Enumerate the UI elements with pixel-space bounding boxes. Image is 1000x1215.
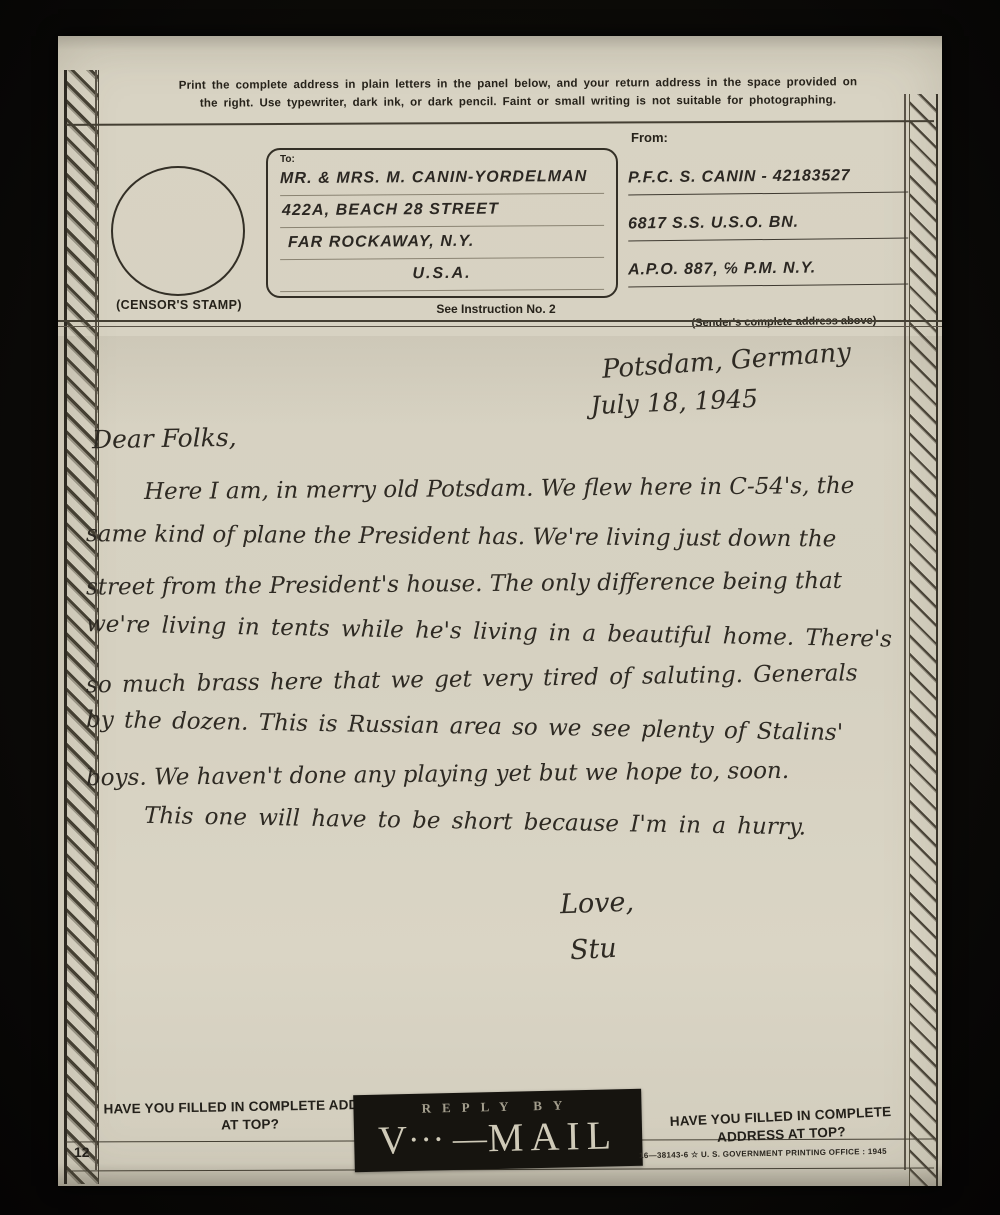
page-number: 12 <box>74 1144 90 1160</box>
censor-stamp-label: (CENSOR'S STAMP) <box>94 298 264 312</box>
from-address-line: P.F.C. S. CANIN - 42183527 <box>628 147 908 196</box>
see-instruction-note: See Instruction No. 2 <box>376 302 616 316</box>
from-address-line: 6817 S.S. U.S.O. BN. <box>628 193 908 242</box>
letter-place-date: Potsdam, Germany July 18, 1945 <box>601 326 946 430</box>
to-address-lines: MR. & MRS. M. CANIN-YORDELMAN422A, BEACH… <box>280 163 604 291</box>
vmail-logo-main: V··· —MAIL <box>354 1113 643 1165</box>
to-address-line: MR. & MRS. M. CANIN-YORDELMAN <box>280 162 604 196</box>
divider-rule-upper <box>58 320 942 322</box>
vmail-logo-mail: MAIL <box>487 1112 618 1160</box>
divider-rule-lower <box>58 326 942 327</box>
censor-stamp-circle <box>111 166 245 296</box>
letter-line: This one will have to be short because I… <box>86 791 901 853</box>
from-address-line: A.P.O. 887, ℅ P.M. N.Y. <box>628 239 908 288</box>
to-address-panel: To: MR. & MRS. M. CANIN-YORDELMAN422A, B… <box>266 148 618 298</box>
right-hatched-border <box>909 94 938 1186</box>
to-address-line: U.S.A. <box>280 258 604 292</box>
vmail-logo-morse-code: ··· — <box>408 1120 489 1159</box>
to-address-line: FAR ROCKAWAY, N.Y. <box>280 226 604 260</box>
vmail-logo-v: V <box>378 1117 409 1163</box>
vmail-form: Print the complete address in plain lett… <box>58 36 942 1186</box>
letter-body: Here I am, in merry old Potsdam. We flew… <box>86 466 900 846</box>
sender-note: (Sender's complete address above) <box>654 314 914 330</box>
vmail-logo: REPLY BY V··· —MAIL <box>353 1089 643 1173</box>
letter-signature: Stu <box>569 933 617 966</box>
header-rule <box>66 120 934 125</box>
letter-salutation: Dear Folks, <box>92 423 237 455</box>
from-address-lines: P.F.C. S. CANIN - 421835276817 S.S. U.S.… <box>628 148 908 286</box>
form-instructions: Print the complete address in plain lett… <box>178 74 858 113</box>
letter-line: Here I am, in merry old Potsdam. We flew… <box>86 462 900 517</box>
to-address-line: 422A, BEACH 28 STREET <box>280 194 604 228</box>
letter-line: same kind of plane the President has. We… <box>86 511 900 564</box>
from-label: From: <box>631 130 668 145</box>
letter-closing: Love, <box>559 887 634 921</box>
footer-question-right: HAVE YOU FILLED IN COMPLETE ADDRESS AT T… <box>635 1101 926 1151</box>
